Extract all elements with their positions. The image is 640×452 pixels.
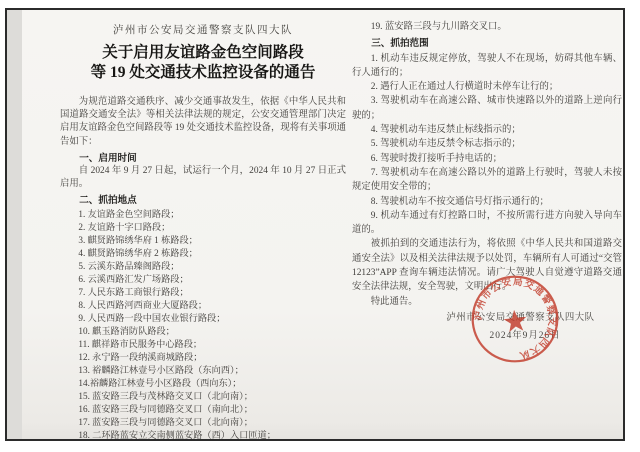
signature-block: 泸州市公安局交通警察支队四大队 2024年9月26日 泸州市公安局交通警察支队四… [352, 311, 622, 391]
capture-scope-list: 1. 机动车违反规定停放，驾驶人不在现场，妨碍其他车辆、行人通行的；2. 遇行人… [352, 52, 622, 238]
list-item: 7. 驾驶机动车在高速公路以外的道路上行驶时，驾驶人未按规定使用安全带的； [352, 166, 622, 195]
list-item: 12. 永宁路一段纳溪商城路段； [60, 351, 346, 364]
document-title-line2: 等 19 处交通技术监控设备的通告 [60, 63, 346, 83]
list-item: 5. 云溪东路品臻阁路段； [60, 260, 346, 273]
issuing-authority-header: 泸州市公安局交通警察支队四大队 [60, 22, 346, 37]
notice-document-page: 泸州市公安局交通警察支队四大队 关于启用友谊路金色空间路段 等 19 处交通技术… [22, 10, 623, 439]
list-item: 7. 人民东路工商银行路段； [60, 286, 346, 299]
signature-authority: 泸州市公安局交通警察支队四大队 [418, 309, 623, 323]
signature-date: 2024年9月26日 [472, 327, 578, 341]
capture-locations-list: 1. 友谊路金色空间路段；2. 友谊路十字口路段；3. 麒贤路锦绣华府 1 栋路… [60, 208, 346, 442]
section3-heading: 三、抓拍范围 [352, 37, 622, 51]
list-item: 2. 友谊路十字口路段； [60, 221, 346, 234]
list-item: 10. 麒玉路消防队路段； [60, 325, 346, 338]
section1-heading: 一、启用时间 [60, 152, 346, 165]
list-item: 1. 友谊路金色空间路段； [60, 208, 346, 221]
right-column: 19. 蓝安路三段与九川路交叉口。 三、抓拍范围 1. 机动车违反规定停放，驾驶… [352, 10, 622, 391]
document-title: 关于启用友谊路金色空间路段 等 19 处交通技术监控设备的通告 [60, 43, 346, 83]
list-item: 9. 人民西路一段中国农业银行路段； [60, 312, 346, 325]
list-item: 1. 机动车违反规定停放，驾驶人不在现场，妨碍其他车辆、行人通行的； [352, 52, 622, 81]
list-item: 5. 驾驶机动车违反禁令标志指示的； [352, 137, 622, 151]
list-item: 11. 麒祥路市民服务中心路段； [60, 338, 346, 351]
list-item: 2. 遇行人正在通过人行横道时未停车让行的； [352, 80, 622, 94]
list-item: 13. 裕麟路江林壹号小区路段（东向西）； [60, 364, 346, 377]
list-item: 3. 驾驶机动车在高速公路、城市快速路以外的道路上逆向行驶的； [352, 94, 622, 123]
list-item: 15. 蓝安路三段与茂林路交叉口（北向南）； [60, 390, 346, 403]
list-item: 9. 机动车通过有灯控路口时，不按所需行进方向驶入导向车道的。 [352, 209, 622, 238]
list-item: 6. 云溪西路汇发广场路段； [60, 273, 346, 286]
list-item: 6. 驾驶时拨打接听手持电话的； [352, 152, 622, 166]
list-item: 14.裕麟路江林壹号小区路段（西向东）； [60, 377, 346, 390]
left-column: 泸州市公安局交通警察支队四大队 关于启用友谊路金色空间路段 等 19 处交通技术… [60, 10, 346, 442]
closing-paragraph: 被抓拍到的交通违法行为，将依照《中华人民共和国道路交通安全法》以及相关法律法规予… [352, 237, 622, 294]
list-item: 4. 驾驶机动车违反禁止标线指示的； [352, 123, 622, 137]
list-item: 4. 麒贤路锦绣华府 2 栋路段； [60, 247, 346, 260]
section1-body: 自 2024 年 9 月 27 日起，试运行一个月，2024 年 10 月 27… [60, 165, 346, 191]
closing-statement: 特此通告。 [352, 295, 622, 309]
scanned-image-frame: 泸州市公安局交通警察支队四大队 关于启用友谊路金色空间路段 等 19 处交通技术… [5, 8, 625, 441]
list-item: 8. 人民西路河西商业大厦路段； [60, 299, 346, 312]
list-item: 3. 麒贤路锦绣华府 1 栋路段； [60, 234, 346, 247]
list-item: 8. 驾驶机动车不按交通信号灯指示通行的； [352, 195, 622, 209]
list-item: 16. 蓝安路三段与同德路交叉口（南向北）； [60, 403, 346, 416]
list-item: 17. 蓝安路三段与同德路交叉口（北向南）； [60, 416, 346, 429]
intro-paragraph: 为规范道路交通秩序、减少交通事故发生，依据《中华人民共和国道路交通安全法》等相关… [60, 96, 346, 149]
section2-heading: 二、抓拍地点 [60, 194, 346, 207]
document-title-line1: 关于启用友谊路金色空间路段 [60, 43, 346, 63]
capture-location-item-19: 19. 蓝安路三段与九川路交叉口。 [352, 20, 622, 34]
list-item: 18. 二环路蓝安立交南侧蓝安路（西）入口匝道； [60, 429, 346, 442]
